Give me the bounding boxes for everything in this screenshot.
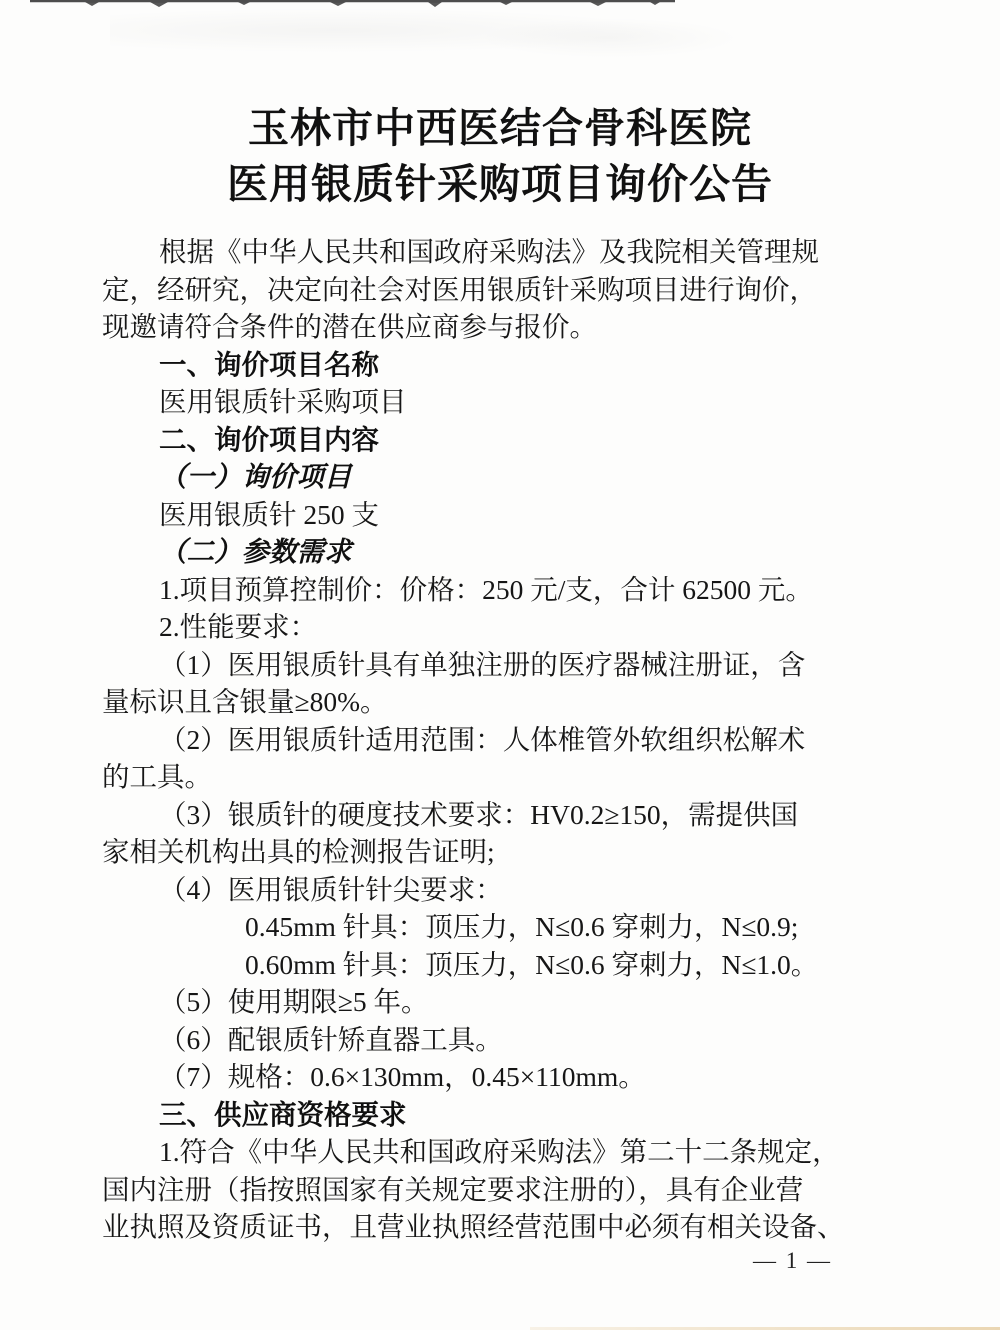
qualification-line-2: 国内注册（指按照国家有关规定要求注册的），具有企业营 — [102, 1171, 904, 1209]
page-number: — 1 — — [753, 1248, 832, 1274]
performance-heading: 2.性能要求： — [102, 608, 904, 646]
scan-edge-artifact-top — [30, 0, 675, 8]
requirement-1-line-2: 量标识且含银量≥80%。 — [102, 683, 904, 721]
section-1-heading: 一、询价项目名称 — [102, 346, 904, 384]
qualification-line-3: 业执照及资质证书，且营业执照经营范围中必须有相关设备、 — [102, 1208, 904, 1246]
requirement-3-line-1: （3）银质针的硬度技术要求：HV0.2≥150，需提供国 — [102, 796, 904, 834]
requirement-1-line-1: （1）医用银质针具有单独注册的医疗器械注册证，含 — [102, 646, 904, 684]
qualification-line-1: 1.符合《中华人民共和国政府采购法》第二十二条规定， — [102, 1133, 904, 1171]
intro-line-2: 定，经研究，决定向社会对医用银质针采购项目进行询价， — [102, 271, 904, 309]
section-3-heading: 三、供应商资格要求 — [102, 1096, 904, 1134]
scan-smudge — [110, 8, 670, 53]
needle-spec-045: 0.45mm 针具：顶压力，N≤0.6 穿刺力，N≤0.9; — [102, 908, 904, 946]
subsection-2-1-heading: （一）询价项目 — [102, 458, 904, 496]
section-2-heading: 二、询价项目内容 — [102, 421, 904, 459]
needle-spec-060: 0.60mm 针具：顶压力，N≤0.6 穿刺力，N≤1.0。 — [102, 946, 904, 984]
section-1-content: 医用银质针采购项目 — [102, 383, 904, 421]
requirement-3-line-2: 家相关机构出具的检测报告证明; — [102, 833, 904, 871]
intro-line-3: 现邀请符合条件的潜在供应商参与报价。 — [102, 308, 904, 346]
document-title: 玉林市中西医结合骨科医院 医用银质针采购项目询价公告 — [0, 100, 1000, 212]
requirement-2-line-2: 的工具。 — [102, 758, 904, 796]
document-body: 根据《中华人民共和国政府采购法》及我院相关管理规 定，经研究，决定向社会对医用银… — [102, 233, 904, 1246]
subsection-2-2-heading: （二）参数需求 — [102, 533, 904, 571]
budget-line: 1.项目预算控制价：价格：250 元/支，合计 62500 元。 — [102, 571, 904, 609]
intro-line-1: 根据《中华人民共和国政府采购法》及我院相关管理规 — [102, 233, 904, 271]
requirement-7: （7）规格：0.6×130mm，0.45×110mm。 — [102, 1058, 904, 1096]
document-page: 玉林市中西医结合骨科医院 医用银质针采购项目询价公告 根据《中华人民共和国政府采… — [0, 0, 1000, 1330]
requirement-6: （6）配银质针矫直器工具。 — [102, 1021, 904, 1059]
scan-smudge — [480, 18, 740, 58]
requirement-5: （5）使用期限≥5 年。 — [102, 983, 904, 1021]
title-line-2: 医用银质针采购项目询价公告 — [0, 156, 1000, 212]
subsection-2-1-content: 医用银质针 250 支 — [102, 496, 904, 534]
requirement-4-heading: （4）医用银质针针尖要求： — [102, 871, 904, 909]
title-line-1: 玉林市中西医结合骨科医院 — [0, 100, 1000, 156]
requirement-2-line-1: （2）医用银质针适用范围：人体椎管外软组织松解术 — [102, 721, 904, 759]
